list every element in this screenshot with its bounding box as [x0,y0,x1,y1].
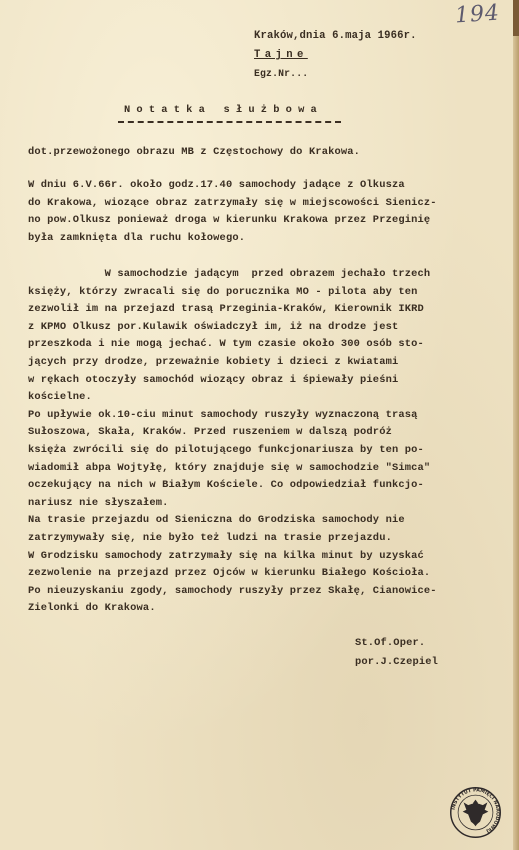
signature-name: por.J.Czepiel [355,656,438,668]
copy-number: Egz.Nr... [254,68,308,79]
body-line: nariusz nie słyszałem. [28,497,168,509]
body-line: zezwolenie na przejazd przez Ojców w kie… [28,567,430,579]
signature-position: St.Of.Oper. [355,637,425,649]
body-line: Po upływie ok.10-ciu minut samochody rus… [28,409,418,421]
body-line: w rękach otoczyły samochód wiozący obraz… [28,374,398,386]
body-line: no pow.Olkusz ponieważ droga w kierunku … [28,214,430,226]
body-line: W samochodzie jadącym przed obrazem jech… [28,268,430,280]
ipn-stamp-icon: INSTYTUT PAMIĘCI NARODOWEJ [448,785,503,840]
body-line: z KPMO Olkusz por.Kulawik oświadczył im,… [28,321,398,333]
page-edge-dark [513,0,519,36]
document-title: Notatka służbowa [124,104,323,116]
body-line: jących przy drodze, przeważnie kobiety i… [28,356,398,368]
place-date: Kraków,dnia 6.maja 1966r. [254,30,417,42]
folio-number: 194 [454,0,501,28]
subject-line: dot.przewożonego obrazu MB z Częstochowy… [28,146,360,158]
body-line: księża zwrócili się do pilotującego funk… [28,444,424,456]
body-line: W Grodzisku samochody zatrzymały się na … [28,550,424,562]
body-line: wiadomił abpa Wojtyłę, który znajduje si… [28,462,430,474]
document-page: 194 Kraków,dnia 6.maja 1966r. Tajne Egz.… [0,0,519,850]
body-line: kościelne. [28,391,92,403]
body-line: oczekujący na nich w Białym Kościele. Co… [28,479,424,491]
body-line: była zamknięta dla ruchu kołowego. [28,232,245,244]
body-line: przeszkoda i nie mogą jechać. W tym czas… [28,338,424,350]
classification-label: Tajne [254,49,308,61]
page-edge [513,0,519,850]
body-line: księży, którzy zwracali się do porucznik… [28,286,418,298]
body-line: Zielonki do Krakowa. [28,602,156,614]
body-line: do Krakowa, wiozące obraz zatrzymały się… [28,197,437,209]
body-line: W dniu 6.V.66r. około godz.17.40 samocho… [28,179,405,191]
body-line: Po nieuzyskaniu zgody, samochody ruszyły… [28,585,437,597]
body-line: zezwolił im na przejazd trasą Przeginia-… [28,303,424,315]
body-line: zatrzymywały się, nie było też ludzi na … [28,532,392,544]
body-line: Sułoszowa, Skała, Kraków. Przed ruszenie… [28,426,392,438]
title-underline [118,121,341,123]
body-line: Na trasie przejazdu od Sieniczna do Grod… [28,514,405,526]
